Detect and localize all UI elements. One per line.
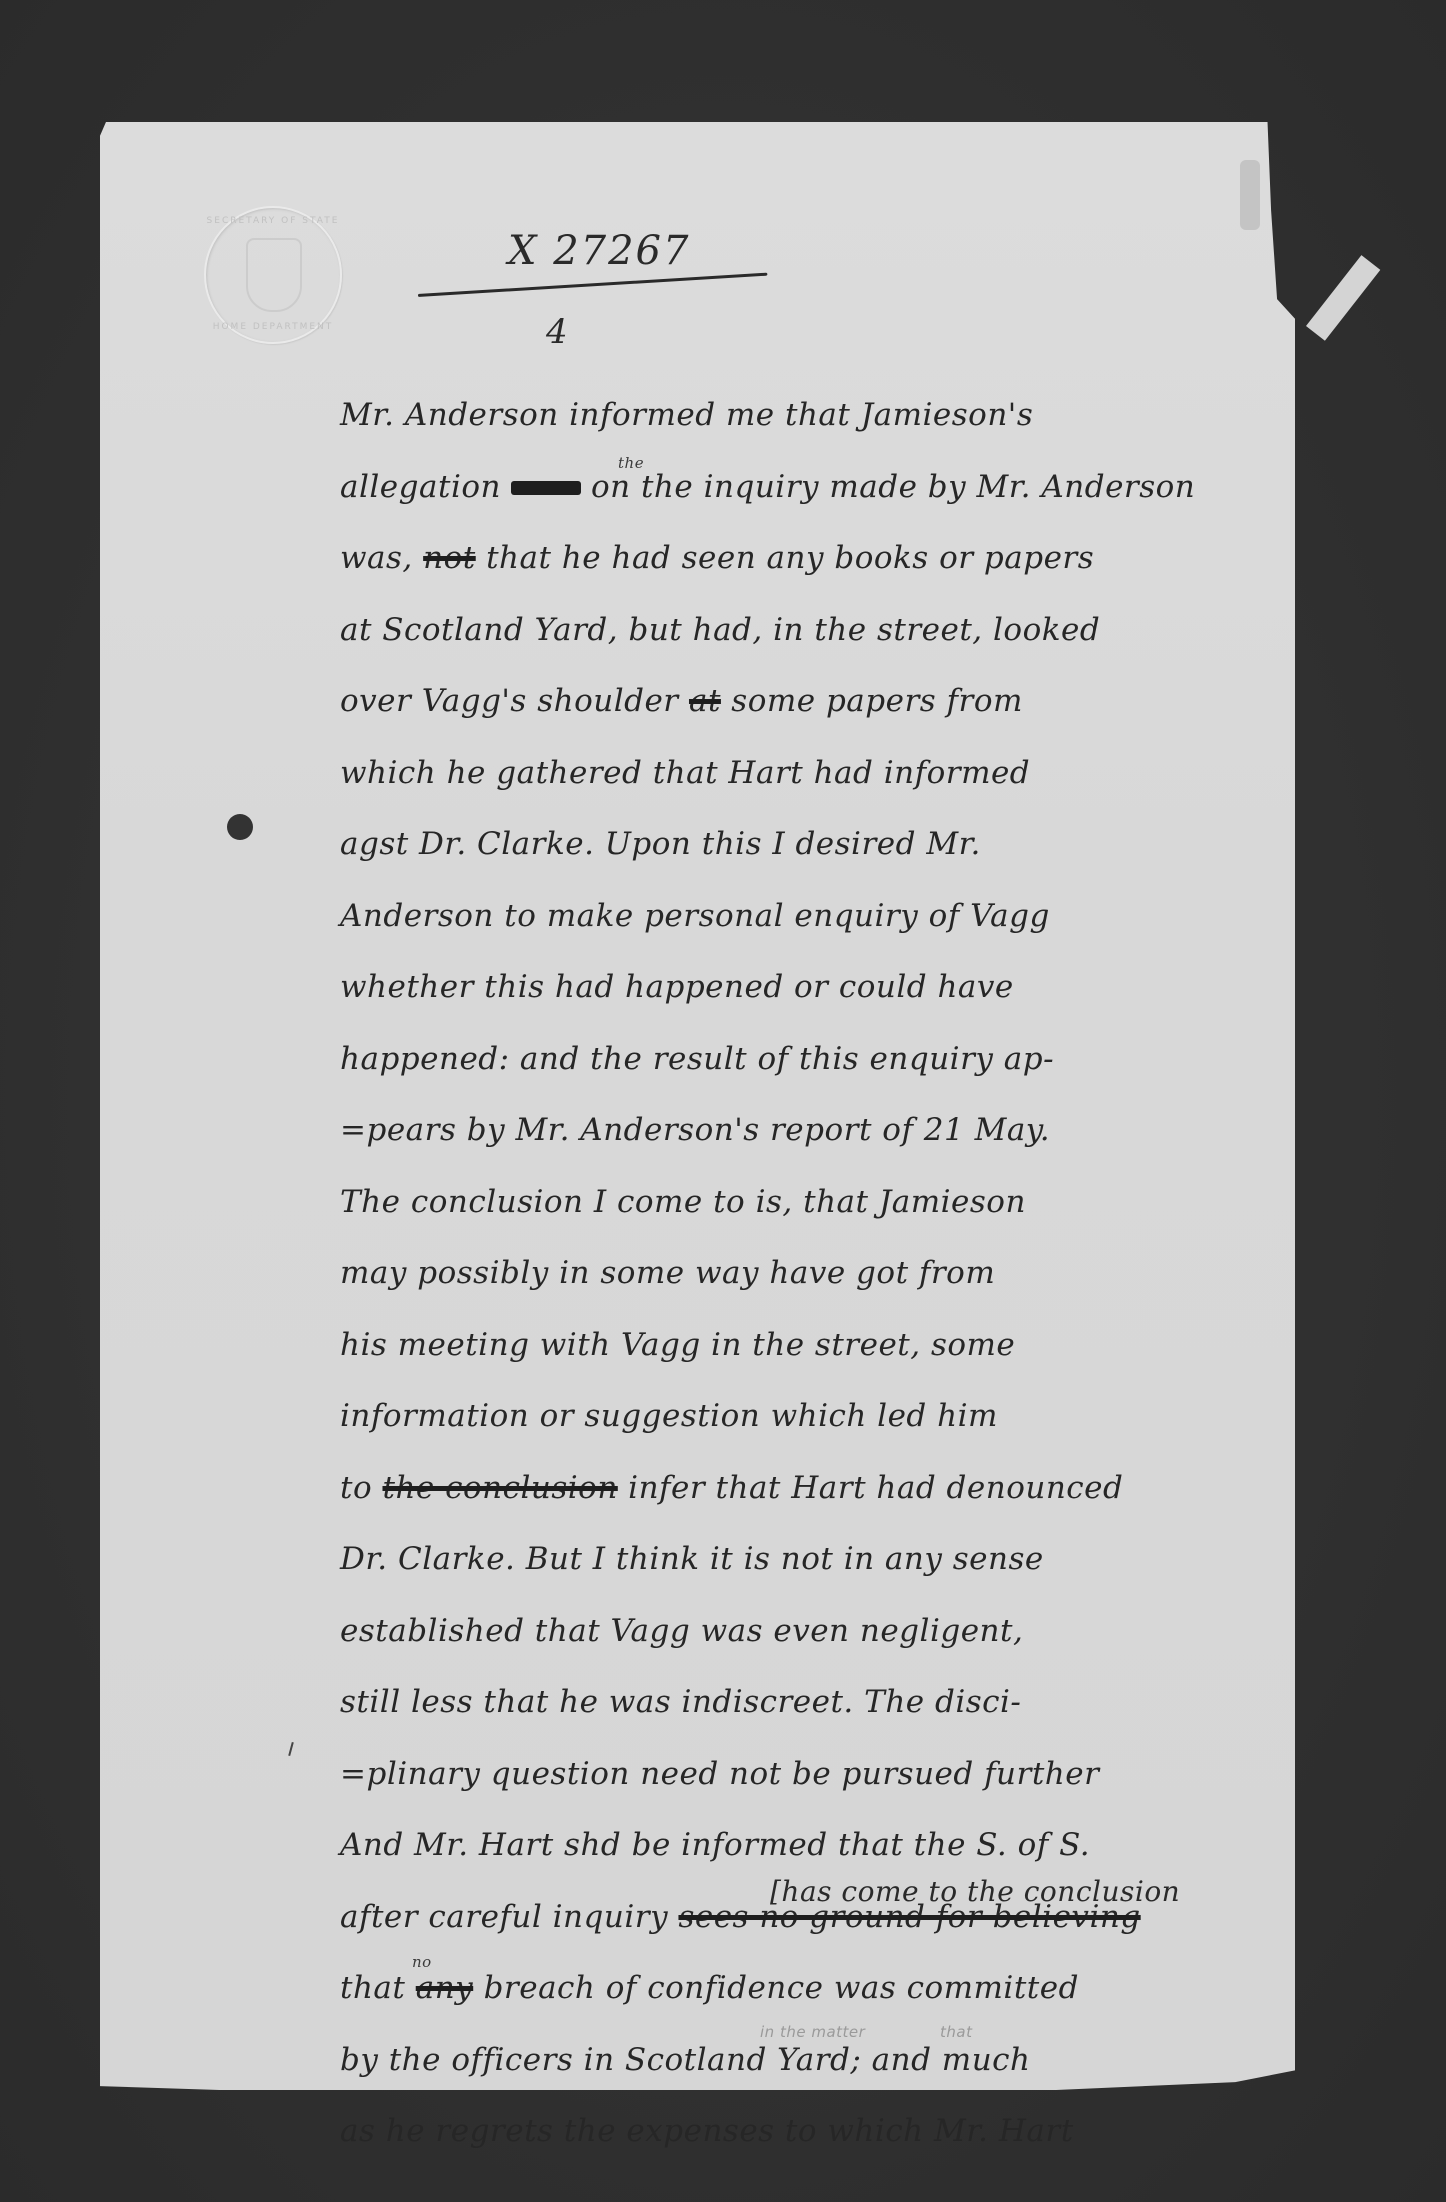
text-line: that any breach of confidence was commit… xyxy=(340,1953,1320,2025)
pencil-insertion: in the matter xyxy=(760,2025,865,2040)
text-line: Anderson to make personal enquiry of Vag… xyxy=(340,881,1320,953)
struck-phrase: the conclusion xyxy=(382,1470,617,1506)
text-line: information or suggestion which led him xyxy=(340,1381,1320,1453)
text-line: The conclusion I come to is, that Jamies… xyxy=(340,1167,1320,1239)
handwritten-body: Mr. Anderson informed me that Jamieson's… xyxy=(340,380,1320,2168)
text-line: by the officers in Scotland Yard; and mu… xyxy=(340,2025,1320,2097)
interlinear-insertion: the xyxy=(618,456,644,471)
seal-top-text: SECRETARY OF STATE xyxy=(206,216,340,226)
text-line: allegationon the inquiry made by Mr. And… xyxy=(340,452,1320,524)
text-line: may possibly in some way have got from xyxy=(340,1238,1320,1310)
text-line: over Vagg's shoulder at some papers from xyxy=(340,666,1320,738)
text-line: And Mr. Hart shd be informed that the S.… xyxy=(340,1810,1320,1882)
struck-word: at xyxy=(689,683,721,719)
pencil-insertion: that xyxy=(940,2025,972,2040)
text-line: agst Dr. Clarke. Upon this I desired Mr. xyxy=(340,809,1320,881)
coat-of-arms-icon xyxy=(246,238,302,312)
interlinear-insertion: [has come to the conclusion xyxy=(770,1878,1180,1906)
text-line: his meeting with Vagg in the street, som… xyxy=(340,1310,1320,1382)
text-line: whether this had happened or could have xyxy=(340,952,1320,1024)
text-line: established that Vagg was even negligent… xyxy=(340,1596,1320,1668)
text-line: to the conclusion infer that Hart had de… xyxy=(340,1453,1320,1525)
text-line: =plinary question need not be pursued fu… xyxy=(340,1739,1320,1811)
text-line: still less that he was indiscreet. The d… xyxy=(340,1667,1320,1739)
text-line: as he regrets the expenses to which Mr. … xyxy=(340,2096,1320,2168)
folio-number: 4 xyxy=(546,312,568,352)
text-line: was, not that he had seen any books or p… xyxy=(340,523,1320,595)
reference-number: X 27267 xyxy=(508,228,690,274)
struck-word: not xyxy=(423,540,476,576)
text-line: at Scotland Yard, but had, in the street… xyxy=(340,595,1320,667)
ink-blot-deletion xyxy=(511,481,581,495)
interlinear-insertion: no xyxy=(412,1955,432,1970)
punch-hole xyxy=(227,814,253,840)
text-line: after careful inquiry sees no ground for… xyxy=(340,1882,1320,1954)
struck-word: any xyxy=(416,1970,473,2006)
text-line: which he gathered that Hart had informed xyxy=(340,738,1320,810)
text-line: Dr. Clarke. But I think it is not in any… xyxy=(340,1524,1320,1596)
seal-bottom-text: HOME DEPARTMENT xyxy=(206,322,340,332)
text-line: =pears by Mr. Anderson's report of 21 Ma… xyxy=(340,1095,1320,1167)
embossed-seal-icon: SECRETARY OF STATE HOME DEPARTMENT xyxy=(204,206,342,344)
text-line: Mr. Anderson informed me that Jamieson's xyxy=(340,380,1320,452)
text-line: happened: and the result of this enquiry… xyxy=(340,1024,1320,1096)
paper-crease xyxy=(1240,160,1260,230)
